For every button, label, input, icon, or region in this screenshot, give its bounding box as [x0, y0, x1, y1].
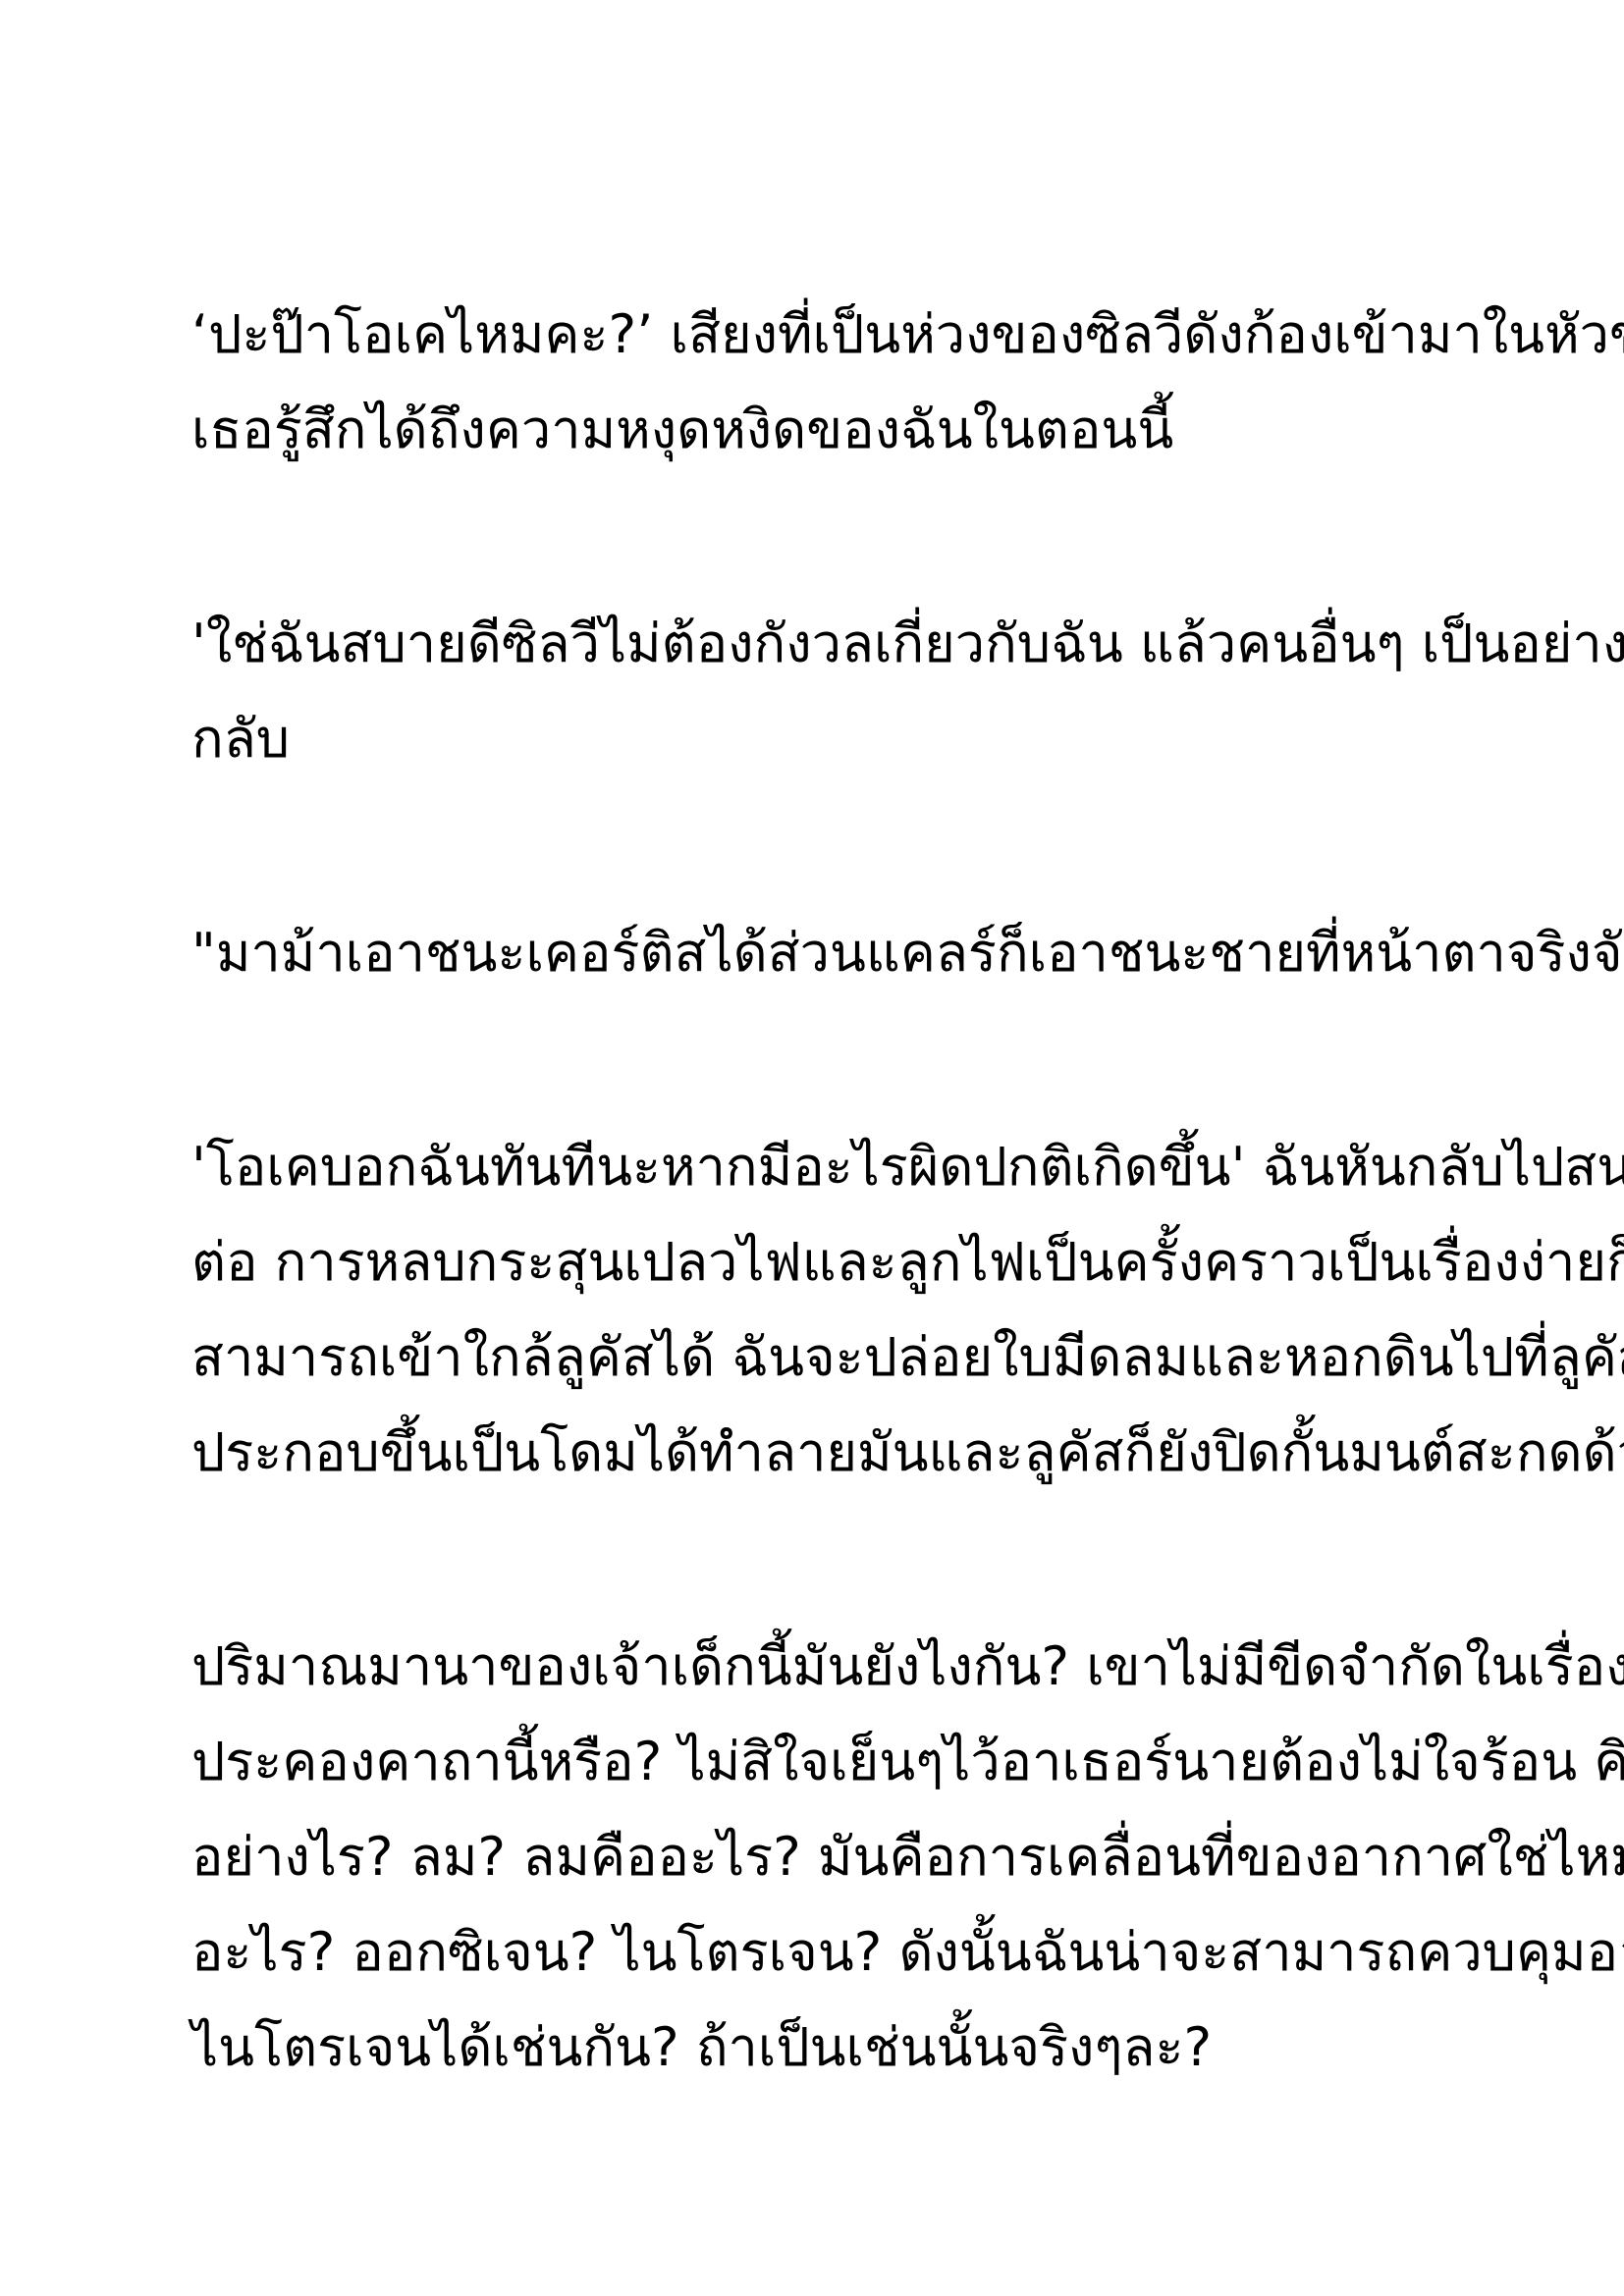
text-line: ปริมาณมานาของเจ้าเด็กนี้มันยังไงกัน? เขา…: [191, 1619, 1428, 1714]
paragraph-5: ปริมาณมานาของเจ้าเด็กนี้มันยังไงกัน? เขา…: [191, 1619, 1428, 2095]
text-line: ประกอบขึ้นเป็นโดมได้ทำลายมันและลูคัสก็ยั…: [191, 1405, 1428, 1500]
document-page: ‘ปะป๊าโอเคไหมคะ?’ เสียงที่เป็นห่วงของซิล…: [0, 0, 1624, 2296]
text-line: ‘ปะป๊าโอเคไหมคะ?’ เสียงที่เป็นห่วงของซิล…: [191, 287, 1428, 382]
text-line: สามารถเข้าใกล้ลูคัสได้ ฉันจะปล่อยใบมีดลม…: [191, 1309, 1428, 1405]
paragraph-2: 'ใช่ฉันสบายดีซิลวีไม่ต้องกังวลเกี่ยวกับฉ…: [191, 596, 1428, 786]
text-line: อะไร? ออกซิเจน? ไนโตรเจน? ดังนั้นฉันน่าจ…: [191, 1904, 1428, 2000]
text-line: 'โอเคบอกฉันทันทีนะหากมีอะไรผิดปกติเกิดขึ…: [191, 1119, 1428, 1214]
text-line: ไนโตรเจนได้เช่นกัน? ถ้าเป็นเช่นนั้นจริงๆ…: [191, 2000, 1428, 2095]
text-line: "มาม้าเอาชนะเคอร์ติสได้ส่วนแคลร์ก็เอาชนะ…: [191, 905, 1428, 1000]
text-line: อย่างไร? ลม? ลมคืออะไร? มันคือการเคลื่อน…: [191, 1809, 1428, 1904]
text-body: ‘ปะป๊าโอเคไหมคะ?’ เสียงที่เป็นห่วงของซิล…: [191, 287, 1428, 2095]
paragraph-4: 'โอเคบอกฉันทันทีนะหากมีอะไรผิดปกติเกิดขึ…: [191, 1119, 1428, 1500]
text-line: 'ใช่ฉันสบายดีซิลวีไม่ต้องกังวลเกี่ยวกับฉ…: [191, 596, 1428, 691]
paragraph-3: "มาม้าเอาชนะเคอร์ติสได้ส่วนแคลร์ก็เอาชนะ…: [191, 905, 1428, 1000]
paragraph-1: ‘ปะป๊าโอเคไหมคะ?’ เสียงที่เป็นห่วงของซิล…: [191, 287, 1428, 477]
text-line: กลับ: [191, 691, 1428, 786]
text-line: เธอรู้สึกได้ถึงความหงุดหงิดของฉันในตอนนี…: [191, 382, 1428, 477]
text-line: ประคองคาถานี้หรือ? ไม่สิใจเย็นๆไว้อาเธอร…: [191, 1714, 1428, 1809]
text-line: ต่อ การหลบกระสุนเปลวไฟและลูกไฟเป็นครั้งค…: [191, 1214, 1428, 1309]
